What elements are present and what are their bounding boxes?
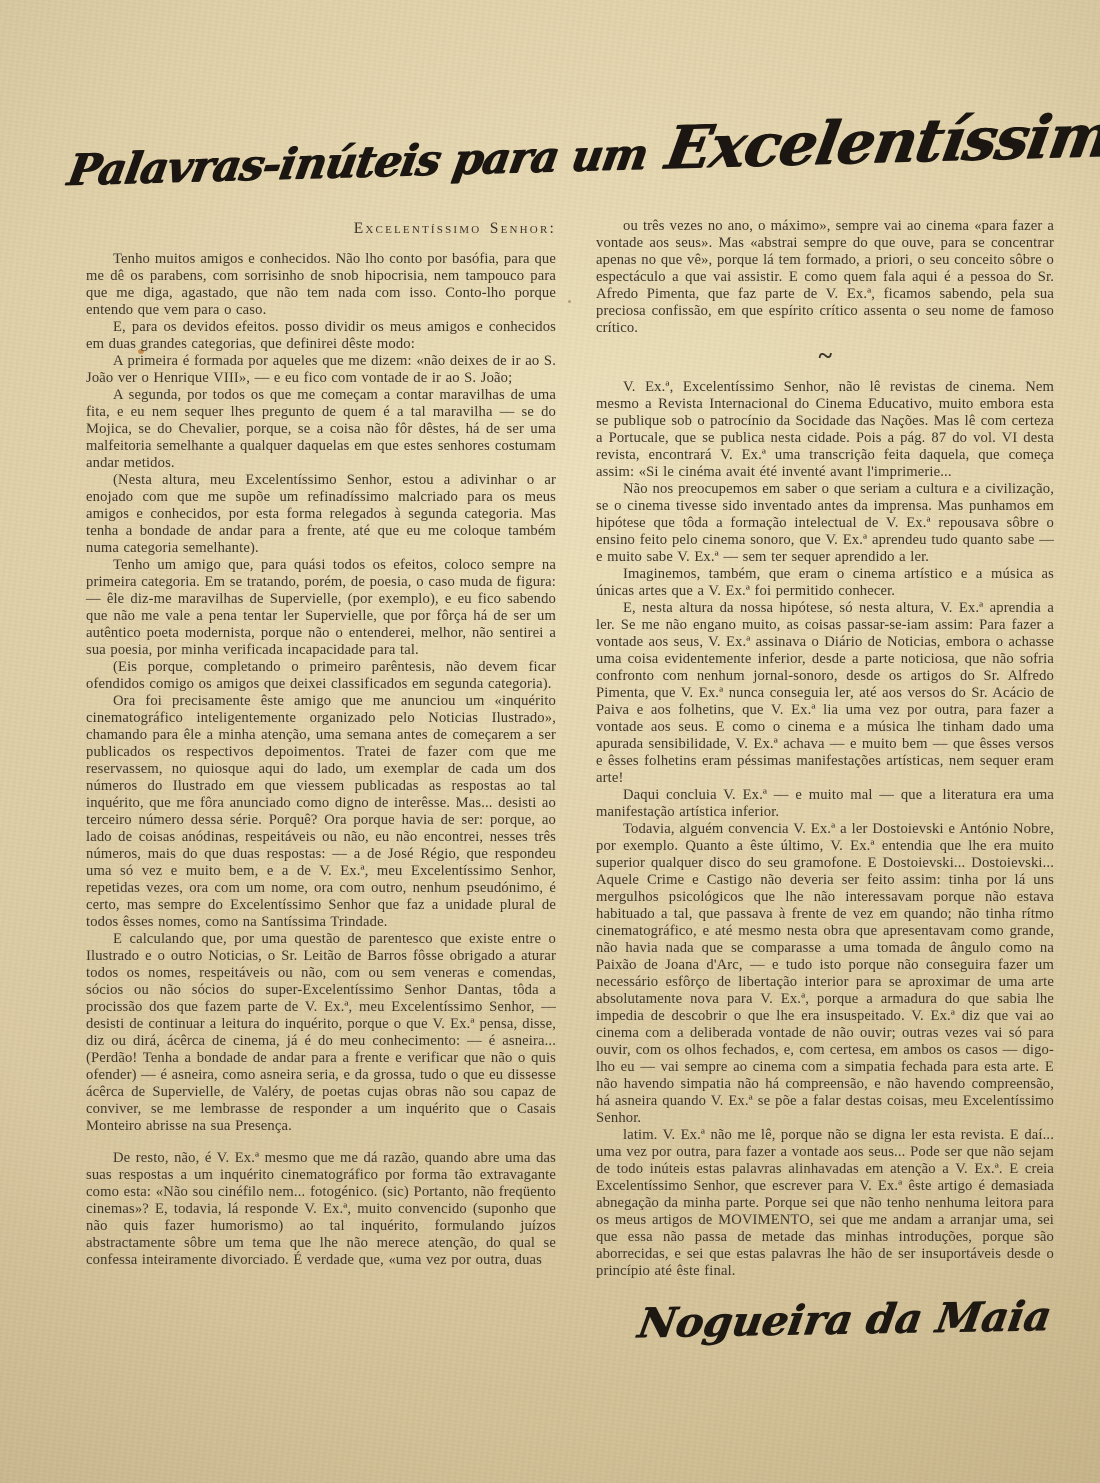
paragraph: Tenho muitos amigos e conhecidos. Não lh… (86, 251, 556, 319)
article-title: Palavras-inúteis para um Excelentíssimo … (67, 102, 1069, 199)
right-column-paragraphs-bottom: V. Ex.ª, Excelentíssimo Senhor, não lê r… (596, 379, 1054, 1280)
paragraph: Imaginemos, também, que eram o cinema ar… (596, 566, 1054, 600)
paragraph: (Eis porque, completando o primeiro parê… (86, 659, 556, 693)
paragraph: E, para os devidos efeitos. posso dividi… (86, 319, 556, 353)
title-lead-script: Palavras-inúteis para um (64, 130, 651, 196)
paragraph: A segunda, por todos os que me começam a… (86, 387, 556, 472)
paragraph: A primeira é formada por aqueles que me … (86, 353, 556, 387)
article-body: Excelentíssimo Senhor: Tenho muitos amig… (86, 218, 1054, 1329)
right-column-paragraphs-top: ou três vezes no ano, o máximo», sempre … (596, 218, 1054, 337)
paragraph: (Nesta altura, meu Excelentíssimo Senhor… (86, 472, 556, 557)
paragraph: Daqui concluia V. Ex.ª — e muito mal — q… (596, 787, 1054, 821)
paragraph: latim. V. Ex.ª não me lê, porque não se … (596, 1127, 1054, 1280)
paragraph: Ora foi precisamente êste amigo que me a… (86, 693, 556, 931)
left-column-paragraphs: Tenho muitos amigos e conhecidos. Não lh… (86, 251, 556, 1269)
paragraph: E, nesta altura da nossa hipótese, só ne… (596, 600, 1054, 787)
paragraph: De resto, não, é V. Ex.ª mesmo que me dá… (86, 1150, 556, 1269)
paragraph: V. Ex.ª, Excelentíssimo Senhor, não lê r… (596, 379, 1054, 481)
left-column: Excelentíssimo Senhor: Tenho muitos amig… (86, 218, 556, 1329)
paragraph: Não nos preocupemos em saber o que seria… (596, 481, 1054, 566)
author-signature: Nogueira da Maia (594, 1308, 1056, 1333)
paragraph: ou três vezes no ano, o máximo», sempre … (596, 218, 1054, 337)
paragraph: E calculando que, por uma questão de par… (86, 931, 556, 1135)
magazine-page: { "title": { "part1": "Palavras-inúteis … (0, 0, 1100, 1483)
right-column: ou três vezes no ano, o máximo», sempre … (596, 218, 1054, 1329)
paragraph: Tenho um amigo que, para quási todos os … (86, 557, 556, 659)
salutation: Excelentíssimo Senhor: (86, 220, 556, 237)
paragraph: Todavia, alguém convencia V. Ex.ª a ler … (596, 821, 1054, 1127)
section-separator-glyph: ~ (596, 343, 1054, 369)
title-main-script: Excelentíssimo Senhor (661, 93, 1100, 183)
